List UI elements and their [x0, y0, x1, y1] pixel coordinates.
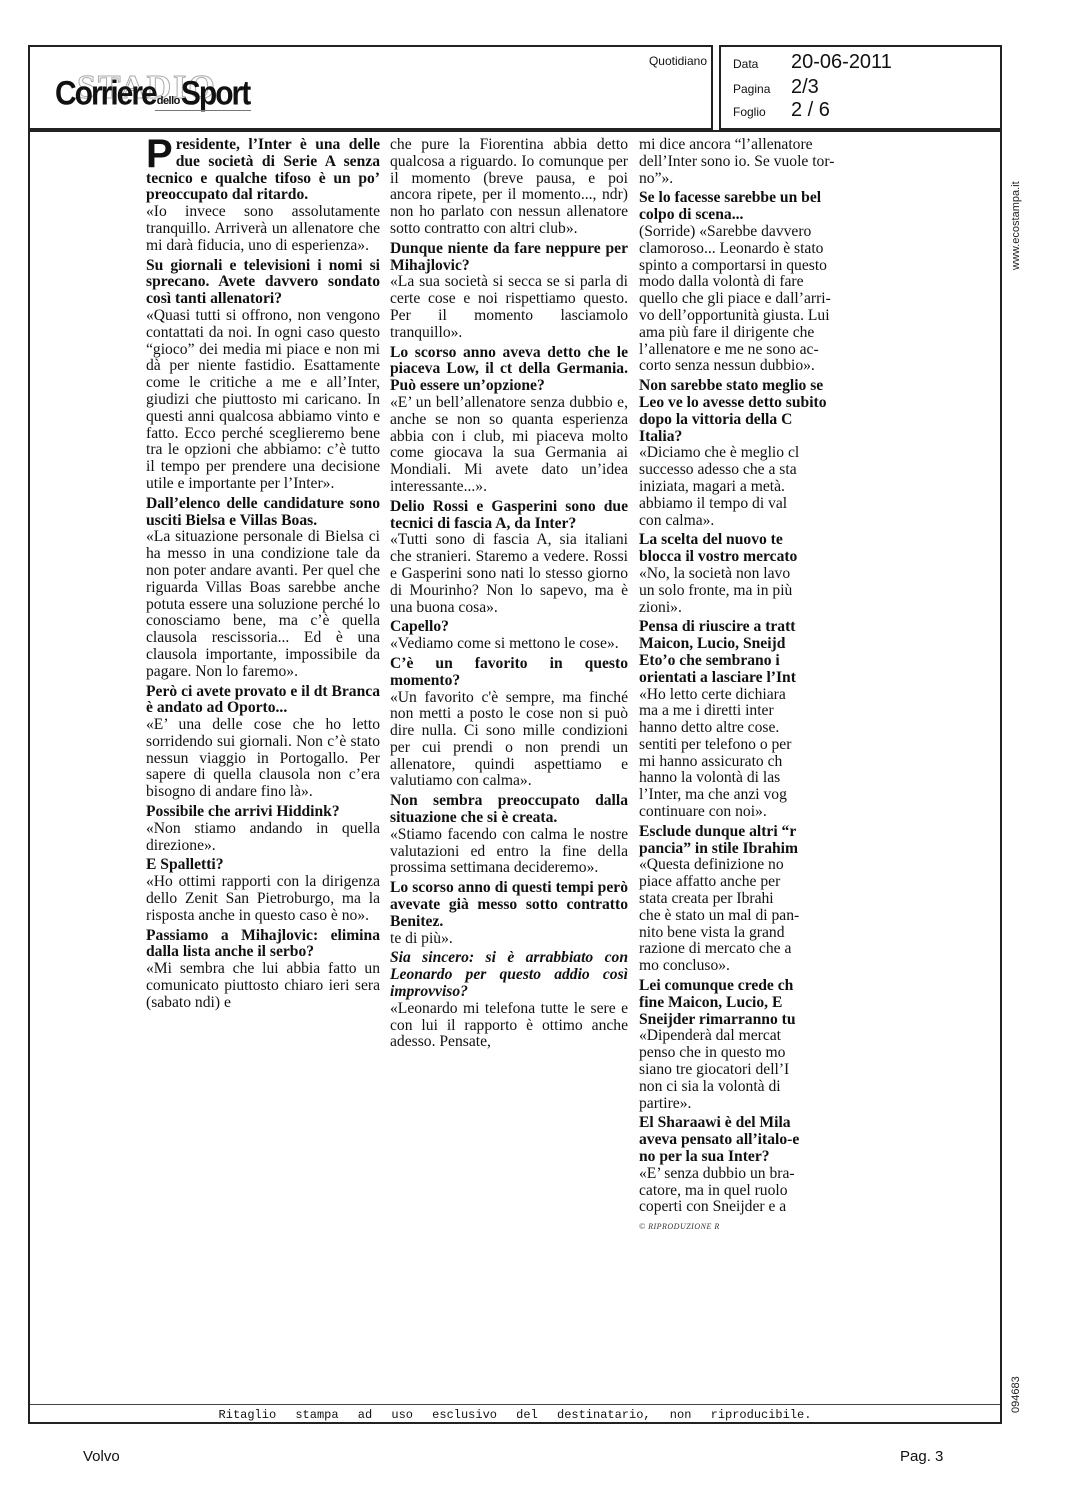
interview-question: Lei comunque crede chfine Maicon, Lucio,… [639, 978, 851, 1028]
header-meta-box: Data 20-06-2011 Pagina 2/3 Foglio 2 / 6 [719, 45, 1002, 130]
interview-question: Lo scorso anno aveva detto che le piacev… [390, 345, 628, 395]
logo-small: dello [157, 95, 180, 107]
interview-question: Se lo facesse sarebbe un belcolpo di sce… [639, 190, 851, 224]
interview-question: Dunque niente da fare neppure per Mihajl… [390, 241, 628, 275]
logo-main-2: Sport [181, 74, 249, 113]
article-frame: P residente, l’Inter è una delle due soc… [28, 130, 1002, 1424]
interview-answer: «No, la società non lavoun solo fronte, … [639, 566, 851, 616]
interview-question: residente, l’Inter è una delle due socie… [146, 136, 380, 203]
interview-answer: «Leonardo mi telefona tutte le sere e co… [390, 1001, 628, 1051]
meta-value-date: 20-06-2011 [791, 51, 892, 74]
interview-question: Capello? [390, 619, 628, 636]
interview-question: Delio Rossi e Gasperini sono due tecnici… [390, 499, 628, 533]
interview-answer: «Questa definizione nopiace affatto anch… [639, 857, 851, 975]
interview-question: Dall’elenco delle candidature sono uscit… [146, 496, 380, 530]
interview-answer: «Non stiamo andando in quella direzione»… [146, 821, 380, 855]
interview-answer: «Ho ottimi rapporti con la dirigenza del… [146, 874, 380, 924]
interview-question: Lo scorso anno di questi tempi però avev… [390, 880, 628, 930]
meta-label: Foglio [733, 105, 791, 119]
page-footer-number: Pag. 3 [900, 1448, 943, 1465]
interview-answer: «Mi sembra che lui abbia fatto un comuni… [146, 961, 380, 1011]
interview-answer: «Quasi tutti si offrono, non vengono con… [146, 308, 380, 493]
logo-underline [155, 110, 251, 111]
interview-answer: «Vediamo come si mettono le cose». [390, 636, 628, 653]
interview-answer: «Ho letto certe dichiarama a me i dirett… [639, 687, 851, 821]
meta-row-data: Data 20-06-2011 [733, 51, 892, 74]
interview-question: Non sembra preoccupato dalla situazione … [390, 793, 628, 827]
copyright-note: © RIPRODUZIONE R [639, 1219, 851, 1236]
meta-row-pagina: Pagina 2/3 [733, 76, 819, 99]
interview-answer: «E’ senza dubbio un bra-catore, ma in qu… [639, 1166, 851, 1216]
interview-question: La scelta del nuovo teblocca il vostro m… [639, 532, 851, 566]
newspaper-logo: STADIO Corriere dello Sport [55, 75, 249, 111]
interview-answer: «Io invece sono assolutamente tranquillo… [146, 204, 380, 254]
interview-answer: «La sua società si secca se si parla di … [390, 274, 628, 341]
interview-answer: che pure la Fiorentina abbia detto qualc… [390, 137, 628, 238]
interview-question: Pensa di riuscire a trattMaicon, Lucio, … [639, 619, 851, 686]
footer-divider [30, 1404, 1000, 1405]
interview-question: Però ci avete provato e il dt Branca è a… [146, 684, 380, 718]
side-url-text: www.ecostampa.it [1010, 140, 1030, 270]
interview-answer: «Diciamo che è meglio clsuccesso adesso … [639, 445, 851, 529]
logo-main-1: Corriere [55, 74, 156, 113]
interview-answer: «La situazione personale di Bielsa ci ha… [146, 529, 380, 680]
meta-label: Pagina [733, 82, 791, 96]
interview-question: Esclude dunque altri “rpancia” in stile … [639, 824, 851, 858]
interview-answer: «Dipenderà dal mercatpenso che in questo… [639, 1028, 851, 1112]
drop-cap: P [146, 139, 173, 169]
interview-question: Passiamo a Mihajlovic: elimina dalla lis… [146, 928, 380, 962]
interview-answer: (Sorride) «Sarebbe davveroclamoroso... L… [639, 224, 851, 375]
interview-answer: «Stiamo facendo con calma le nostre valu… [390, 827, 628, 877]
side-code-text: 094683 [1010, 1368, 1030, 1413]
header-masthead-box: STADIO Corriere dello Sport Quotidiano [28, 45, 713, 130]
page-footer-client: Volvo [83, 1448, 120, 1465]
interview-answer: mi dice ancora “l’allenatoredell’Inter s… [639, 137, 851, 187]
interview-question: Possibile che arrivi Hiddink? [146, 804, 380, 821]
interview-question: Su giornali e televisioni i nomi si spre… [146, 258, 380, 308]
interview-question: El Sharaawi è del Milaaveva pensato all’… [639, 1115, 851, 1165]
interview-question: E Spalletti? [146, 857, 380, 874]
interview-answer: te di più». [390, 931, 628, 948]
disclaimer-text: Ritaglio stampa ad uso esclusivo del des… [30, 1408, 1000, 1422]
meta-label: Data [733, 57, 791, 71]
interview-question: C’è un favorito in questo momento? [390, 656, 628, 690]
interview-question: Non sarebbe stato meglio seLeo ve lo ave… [639, 378, 851, 445]
interview-answer: «Un favorito c'è sempre, ma finché non m… [390, 690, 628, 791]
article-column-2: che pure la Fiorentina abbia detto qualc… [390, 137, 628, 1051]
meta-value-sheet: 2 / 6 [791, 99, 830, 122]
interview-answer: «E’ una delle cose che ho letto sorriden… [146, 717, 380, 801]
interview-question: Sia sincero: si è arrabbiato con Leonard… [390, 950, 628, 1000]
interview-answer: «Tutti sono di fascia A, sia italiani ch… [390, 532, 628, 616]
article-column-3: mi dice ancora “l’allenatoredell’Inter s… [639, 137, 851, 1236]
article-column-1: P residente, l’Inter è una delle due soc… [146, 137, 380, 1012]
publication-type: Quotidiano [649, 54, 707, 68]
meta-row-foglio: Foglio 2 / 6 [733, 99, 830, 122]
meta-value-page: 2/3 [791, 76, 819, 99]
interview-answer: «E’ un bell’allenatore senza dubbio e, a… [390, 395, 628, 496]
